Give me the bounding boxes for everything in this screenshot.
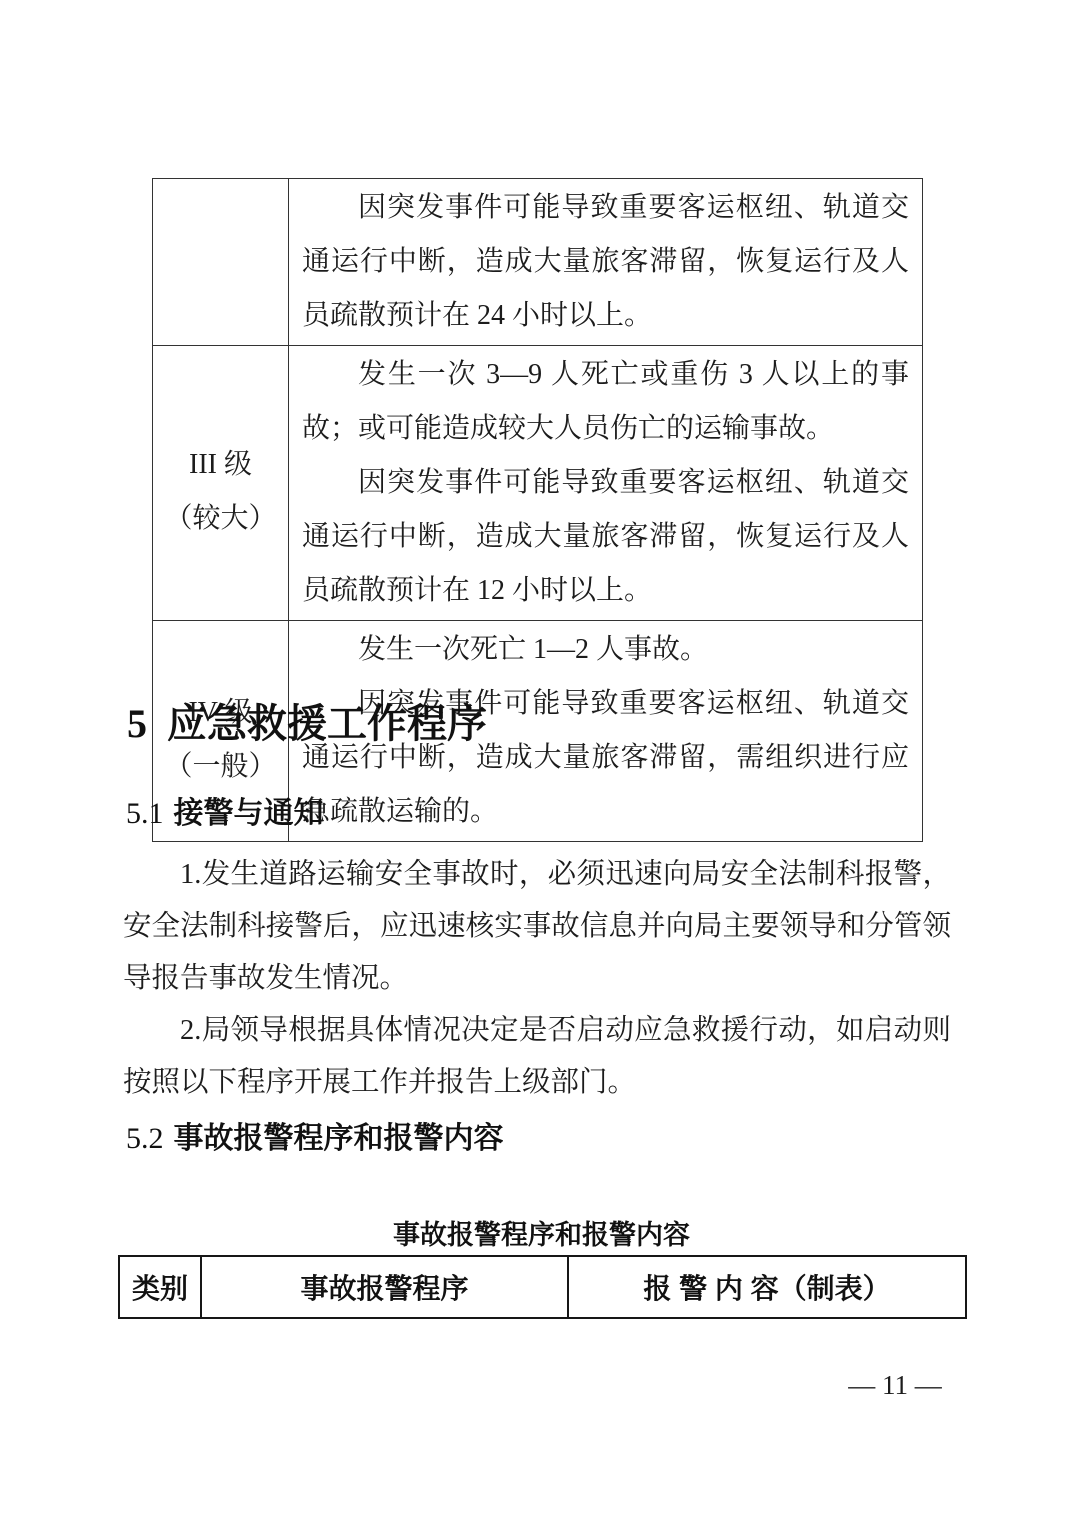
section-5-2-heading: 5.2事故报警程序和报警内容 [126, 1120, 504, 1158]
description-cell: 发生一次 3—9 人死亡或重伤 3 人以上的事故；或可能造成较大人员伤亡的运输事… [289, 346, 923, 621]
body-paragraph-1: 1.发生道路运输安全事故时，必须迅速向局安全法制科报警，安全法制科接警后，应迅速… [123, 849, 951, 1005]
report-table-caption: 事故报警程序和报警内容 [118, 1218, 965, 1252]
page-number: — 11 — [838, 1368, 952, 1402]
section-5-number: 5 [127, 701, 147, 746]
report-table-header-row: 类别 事故报警程序 报 警 内 容（制表） [119, 1256, 966, 1318]
section-5-2-number: 5.2 [126, 1122, 164, 1155]
description-paragraph: 发生一次 3—9 人死亡或重伤 3 人以上的事故；或可能造成较大人员伤亡的运输事… [302, 348, 909, 456]
description-paragraph: 因突发事件可能导致重要客运枢纽、轨道交通运行中断，造成大量旅客滞留，恢复运行及人… [302, 456, 909, 618]
description-paragraph: 因突发事件可能导致重要客运枢纽、轨道交通运行中断，造成大量旅客滞留，恢复运行及人… [302, 181, 909, 343]
section-5-1-body: 1.发生道路运输安全事故时，必须迅速向局安全法制科报警，安全法制科接警后，应迅速… [123, 849, 951, 1109]
level-sublabel: （较大） [153, 492, 288, 546]
section-5-1-title: 接警与通知 [174, 797, 324, 830]
document-page: 因突发事件可能导致重要客运枢纽、轨道交通运行中断，造成大量旅客滞留，恢复运行及人… [0, 0, 1074, 1520]
level-cell-empty [153, 179, 289, 346]
section-5-heading: 5应急救援工作程序 [127, 698, 487, 750]
level-label: III 级 [153, 438, 288, 492]
section-5-1-heading: 5.1接警与通知 [126, 795, 324, 833]
report-table: 类别 事故报警程序 报 警 内 容（制表） [118, 1255, 967, 1319]
body-paragraph-2: 2.局领导根据具体情况决定是否启动应急救援行动，如启动则按照以下程序开展工作并报… [123, 1005, 951, 1109]
header-cell-procedure: 事故报警程序 [201, 1256, 568, 1318]
header-cell-content: 报 警 内 容（制表） [568, 1256, 966, 1318]
section-5-title: 应急救援工作程序 [167, 702, 487, 746]
description-cell: 因突发事件可能导致重要客运枢纽、轨道交通运行中断，造成大量旅客滞留，恢复运行及人… [289, 179, 923, 346]
header-cell-category: 类别 [119, 1256, 201, 1318]
severity-row-level-3: III 级 （较大） 发生一次 3—9 人死亡或重伤 3 人以上的事故；或可能造… [153, 346, 923, 621]
description-paragraph: 发生一次死亡 1—2 人事故。 [302, 623, 909, 677]
section-5-2-title: 事故报警程序和报警内容 [174, 1122, 504, 1155]
severity-row-continued: 因突发事件可能导致重要客运枢纽、轨道交通运行中断，造成大量旅客滞留，恢复运行及人… [153, 179, 923, 346]
section-5-1-number: 5.1 [126, 797, 164, 830]
level-cell: III 级 （较大） [153, 346, 289, 621]
